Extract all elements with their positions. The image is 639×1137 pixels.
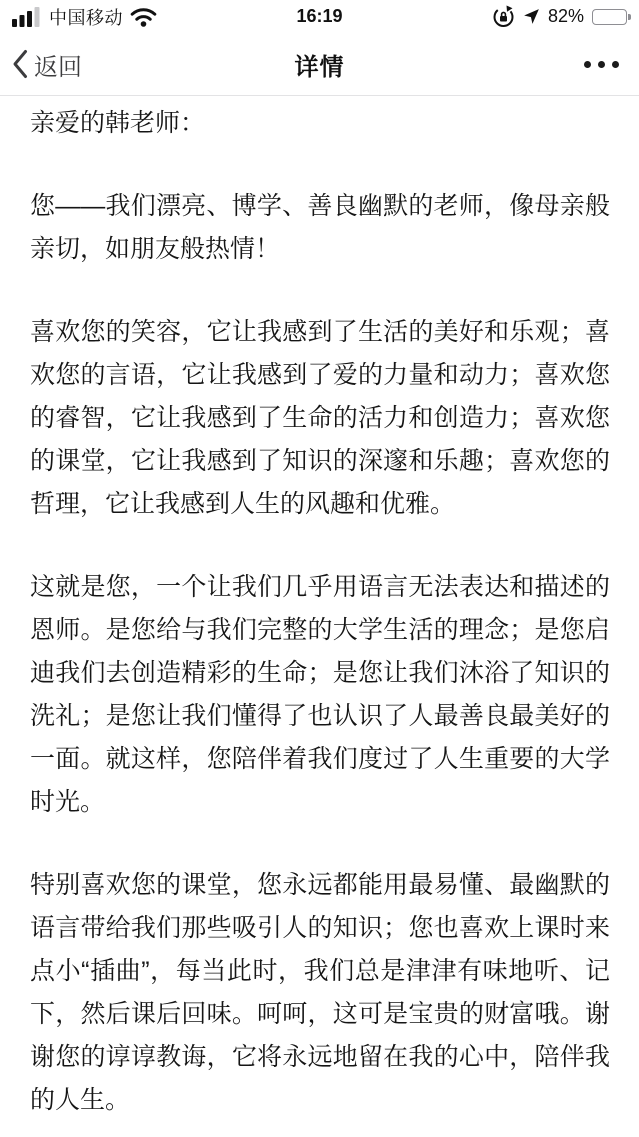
orientation-lock-icon [492, 5, 515, 28]
more-button[interactable] [584, 33, 619, 95]
navigation-bar: 返回 详情 [0, 33, 639, 96]
status-bar: 中国移动 16:19 [0, 0, 639, 33]
back-button[interactable]: 返回 [12, 33, 82, 95]
signal-strength-icon [12, 6, 42, 27]
letter-paragraph: 喜欢您的笑容，它让我感到了生活的美好和乐观；喜欢您的言语，它让我感到了爱的力量和… [30, 311, 610, 526]
ellipsis-dot [584, 61, 591, 68]
letter-salutation: 亲爱的韩老师： [30, 102, 610, 145]
ellipsis-icon [584, 61, 619, 68]
chevron-left-icon [12, 49, 28, 79]
status-bar-right: 82% [492, 5, 627, 28]
letter-paragraph: 您——我们漂亮、博学、善良幽默的老师，像母亲般亲切，如朋友般热情！ [30, 185, 610, 271]
letter-paragraph: 这就是您，一个让我们几乎用语言无法表达和描述的恩师。是您给与我们完整的大学生活的… [30, 566, 610, 824]
location-arrow-icon [523, 8, 540, 25]
status-bar-left: 中国移动 [12, 4, 157, 30]
letter-paragraph: 特别喜欢您的课堂，您永远都能用最易懂、最幽默的语言带给我们那些吸引人的知识；您也… [30, 864, 610, 1122]
app-screen: 中国移动 16:19 [0, 0, 639, 1137]
content-scroll-area[interactable]: 亲爱的韩老师： 您——我们漂亮、博学、善良幽默的老师，像母亲般亲切，如朋友般热情… [0, 96, 639, 1137]
battery-percent-label: 82% [548, 6, 584, 27]
ellipsis-dot [598, 61, 605, 68]
back-label: 返回 [34, 47, 82, 82]
wifi-icon [130, 7, 157, 27]
battery-icon [592, 9, 627, 25]
page-title: 详情 [295, 47, 345, 82]
carrier-label: 中国移动 [49, 4, 123, 30]
ellipsis-dot [612, 61, 619, 68]
battery-nub [628, 14, 631, 20]
